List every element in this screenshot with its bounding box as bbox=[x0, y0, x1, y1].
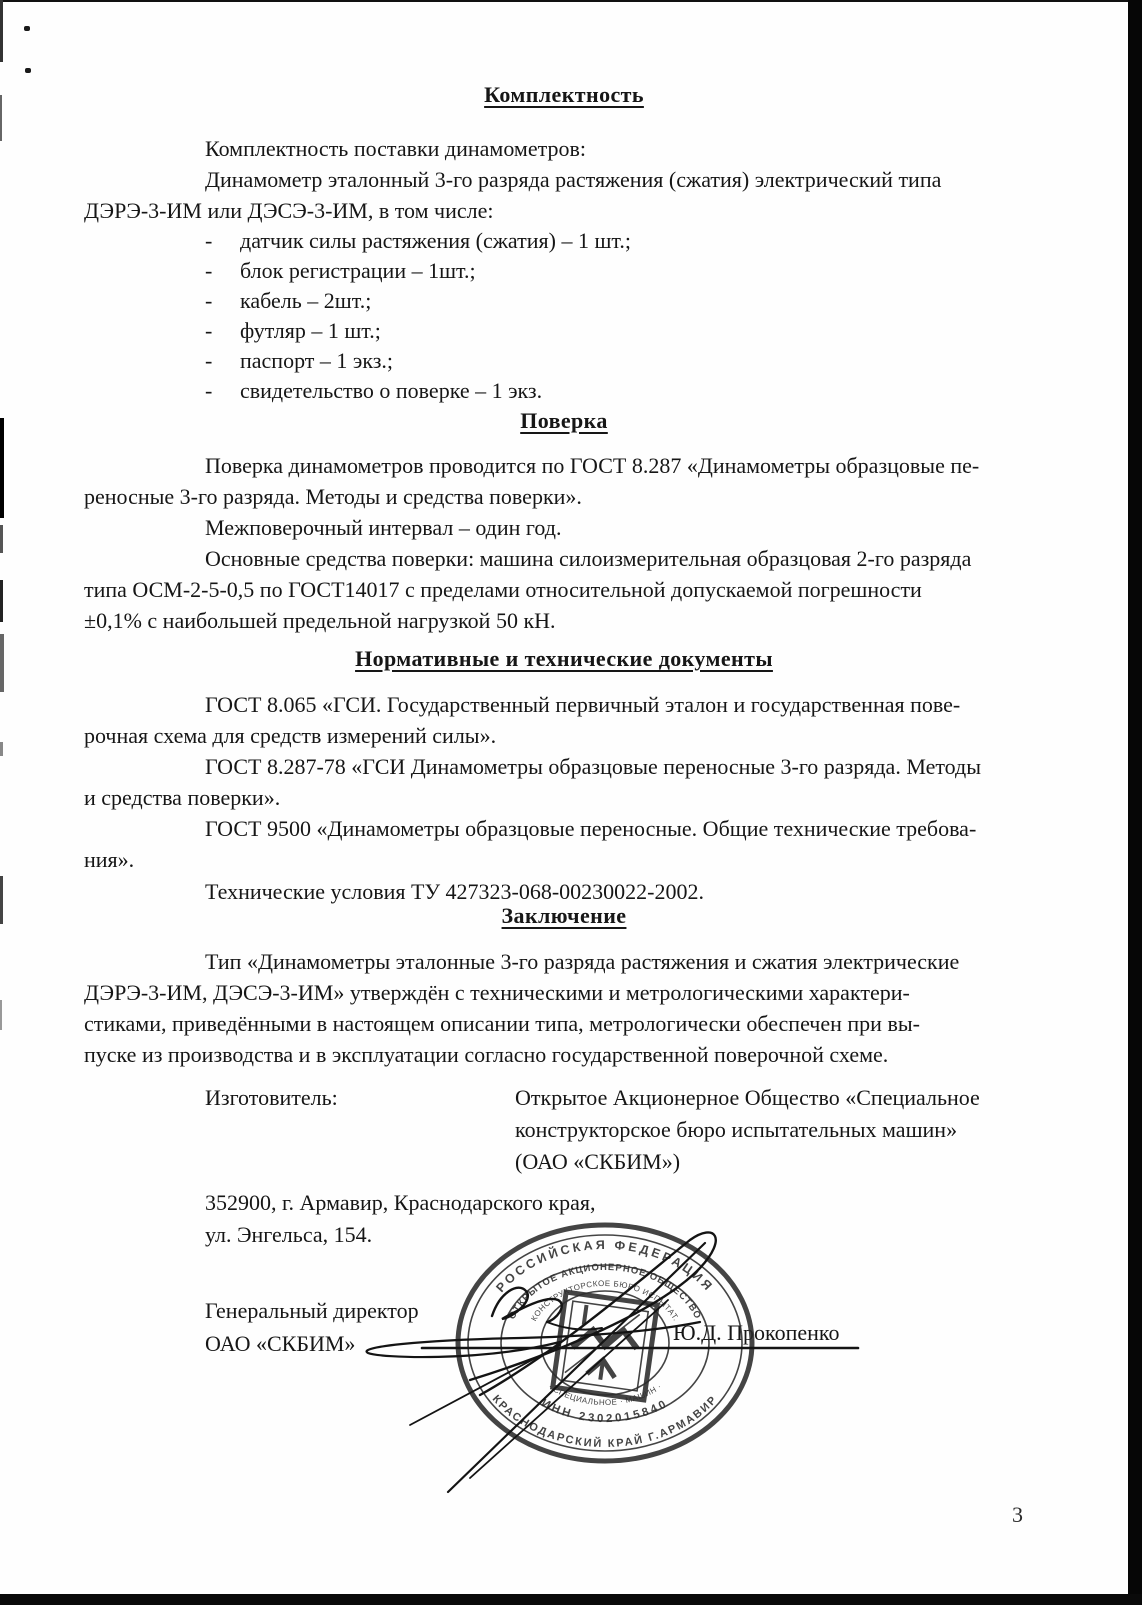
scanned-document-page: Комплектность Комплектность поставки дин… bbox=[0, 0, 1142, 1605]
scan-edge-left bbox=[0, 1000, 2, 1030]
scan-edge-left bbox=[0, 742, 3, 756]
text-line: Динамометр эталонный 3-го разряда растяж… bbox=[205, 167, 941, 193]
text-line: Основные средства поверки: машина силоиз… bbox=[205, 546, 971, 572]
text-line: Поверка динамометров проводится по ГОСТ … bbox=[205, 453, 979, 479]
signatory-title-line: ОАО «СКБИМ» bbox=[205, 1331, 355, 1357]
section-heading-normative: Нормативные и технические документы bbox=[0, 646, 1128, 672]
text-line: ±0,1% с наибольшей предельной нагрузкой … bbox=[84, 608, 556, 634]
list-item: - блок регистрации – 1шт.; bbox=[0, 258, 1142, 288]
heading-text: Заключение bbox=[502, 903, 627, 928]
text-line: рочная схема для средств измерений силы»… bbox=[84, 723, 496, 749]
scan-speck bbox=[25, 68, 31, 73]
list-item: - датчик силы растяжения (сжатия) – 1 шт… bbox=[0, 228, 1142, 258]
list-dash: - bbox=[205, 348, 212, 374]
scan-edge-top bbox=[0, 0, 1142, 2]
text-line: Межповерочный интервал – один год. bbox=[205, 515, 561, 541]
list-item-text: блок регистрации – 1шт.; bbox=[240, 258, 476, 284]
scan-edge-left bbox=[0, 525, 3, 553]
list-item-text: свидетельство о поверке – 1 экз. bbox=[240, 378, 542, 404]
heading-text: Комплектность bbox=[484, 82, 644, 107]
text-line: стиками, приведёнными в настоящем описан… bbox=[84, 1011, 920, 1037]
list-dash: - bbox=[205, 318, 212, 344]
heading-text: Поверка bbox=[520, 408, 608, 433]
heading-text: Нормативные и технические документы bbox=[355, 646, 773, 671]
list-item-text: кабель – 2шт.; bbox=[240, 288, 371, 314]
list-item: - паспорт – 1 экз.; bbox=[0, 348, 1142, 378]
list-dash: - bbox=[205, 258, 212, 284]
manufacturer-company-line: конструкторское бюро испытательных машин… bbox=[515, 1117, 957, 1143]
text-line: ния». bbox=[84, 847, 134, 873]
page-number: 3 bbox=[1012, 1502, 1023, 1528]
list-item-text: паспорт – 1 экз.; bbox=[240, 348, 393, 374]
list-item-text: футляр – 1 шт.; bbox=[240, 318, 381, 344]
scan-edge-bottom bbox=[0, 1594, 1142, 1605]
section-heading-verification: Поверка bbox=[0, 408, 1128, 434]
text-line: Комплектность поставки динамометров: bbox=[205, 136, 586, 162]
manufacturer-company-line: Открытое Акционерное Общество «Специальн… bbox=[515, 1085, 980, 1111]
section-heading-completeness: Комплектность bbox=[0, 82, 1128, 108]
list-dash: - bbox=[205, 228, 212, 254]
section-heading-conclusion: Заключение bbox=[0, 903, 1128, 929]
list-dash: - bbox=[205, 378, 212, 404]
list-item: - кабель – 2шт.; bbox=[0, 288, 1142, 318]
text-line: ДЭРЭ-3-ИМ или ДЭСЭ-3-ИМ, в том числе: bbox=[84, 198, 494, 224]
scan-edge-left bbox=[0, 580, 3, 622]
text-line: ДЭРЭ-3-ИМ, ДЭСЭ-3-ИМ» утверждён с технич… bbox=[84, 980, 910, 1006]
list-item: - футляр – 1 шт.; bbox=[0, 318, 1142, 348]
text-line: типа ОСМ-2-5-0,5 по ГОСТ14017 с пределам… bbox=[84, 577, 922, 603]
list-item: - свидетельство о поверке – 1 экз. bbox=[0, 378, 1142, 408]
text-line: и средства поверки». bbox=[84, 785, 280, 811]
text-line: Технические условия ТУ 427323-068-002300… bbox=[205, 879, 704, 905]
text-line: Тип «Динамометры эталонные 3-го разряда … bbox=[205, 949, 959, 975]
scan-speck bbox=[24, 26, 30, 31]
text-line: пуске из производства и в эксплуатации с… bbox=[84, 1042, 888, 1068]
scan-edge-left bbox=[0, 0, 3, 62]
signature bbox=[350, 1210, 910, 1510]
text-line: реносные 3-го разряда. Методы и средства… bbox=[84, 484, 582, 510]
text-line: ГОСТ 8.287-78 «ГСИ Динамометры образцовы… bbox=[205, 754, 981, 780]
manufacturer-label: Изготовитель: bbox=[205, 1085, 338, 1111]
list-item-text: датчик силы растяжения (сжатия) – 1 шт.; bbox=[240, 228, 631, 254]
manufacturer-company-line: (ОАО «СКБИМ») bbox=[515, 1149, 680, 1175]
text-line: ГОСТ 8.065 «ГСИ. Государственный первичн… bbox=[205, 692, 960, 718]
text-line: ГОСТ 9500 «Динамометры образцовые перено… bbox=[205, 816, 976, 842]
list-dash: - bbox=[205, 288, 212, 314]
address-line: ул. Энгельса, 154. bbox=[205, 1222, 372, 1248]
